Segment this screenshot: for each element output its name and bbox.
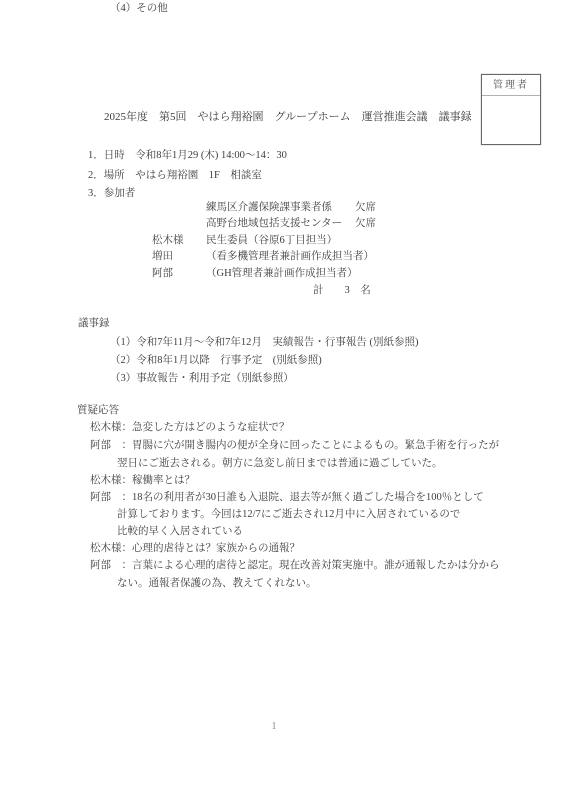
qa-line: 阿部 ：18名の利用者が30日誰も入退院、退去等が無く過ごした場合を100％とし… [90, 489, 484, 504]
participant-name: 阿部 [152, 265, 173, 280]
agenda-item: （2）令和8年1月以降 行事予定 (別紙参照) [110, 352, 322, 367]
participant-description: 高野台地域包括支援センター [206, 215, 342, 230]
participants-heading: 3．参加者 [88, 185, 135, 200]
qa-line: 阿部 ：言葉による心理的虐待と認定。現在改善対策実施中。誰が通報したかは分から [90, 557, 500, 572]
participant-description: （GH管理者兼計画作成担当者） [206, 265, 358, 280]
document-page: 管理者 2025年度 第5回 やはら翔裕園 グループホーム 運営推進会議 議事録… [0, 0, 565, 800]
qa-line: 松木様：稼働率とは？ [90, 472, 195, 487]
qa-line: 翌日にご逝去される。朝方に急変し前日までは普通に過ごしていた。 [117, 455, 443, 470]
meeting-location-line: 2．場所 やはら翔裕園 1F 相談室 [88, 167, 262, 182]
attendance-status: 欠席 [355, 199, 376, 214]
agenda-item: （3）事故報告・利用予定（別紙参照） [110, 370, 294, 385]
qa-line: 計算しております。今回は12/7にご逝去され12月中に入居されているので [117, 506, 460, 521]
participant-row: 練馬区介護保険課事業者係 欠席 [0, 199, 565, 214]
agenda-item: （4）その他 [110, 0, 168, 15]
participant-description: 練馬区介護保険課事業者係 [206, 199, 332, 214]
attendance-status: 欠席 [355, 215, 376, 230]
qa-line: ない。通報者保護の為、教えてくれない。 [117, 575, 317, 590]
stamp-box-label: 管理者 [482, 75, 540, 96]
qa-line: 比較的早く入居されている [117, 523, 243, 538]
participant-total: 計 3 名 [313, 282, 371, 297]
agenda-item: （1）令和7年11月～令和7年12月 実績報告・行事報告 (別紙参照) [110, 334, 418, 349]
qa-heading: 質疑応答 [77, 402, 119, 417]
manager-stamp-box: 管理者 [481, 74, 541, 145]
qa-line: 松木様：急変した方はどのような症状で？ [90, 419, 290, 434]
document-title: 2025年度 第5回 やはら翔裕園 グループホーム 運営推進会議 議事録 [104, 108, 472, 124]
participant-row: 増田 （看多機管理者兼計画作成担当者） [0, 248, 565, 263]
participant-name: 松木様 [152, 232, 184, 247]
participant-row: 阿部 （GH管理者兼計画作成担当者） [0, 265, 565, 280]
meeting-datetime-line: 1．日時 令和8年1月29 (木) 14:00～14：30 [88, 147, 287, 162]
minutes-label: 議事録 [78, 315, 110, 330]
participant-description: （看多機管理者兼計画作成担当者） [206, 248, 374, 263]
participant-description: 民生委員（谷原6丁目担当） [206, 232, 337, 247]
qa-line: 松木様：心理的虐待とは？家族からの通報？ [90, 540, 300, 555]
participant-row: 高野台地域包括支援センター 欠席 [0, 215, 565, 230]
participant-row: 松木様 民生委員（谷原6丁目担当） [0, 232, 565, 247]
page-number: 1 [0, 721, 548, 732]
participant-name: 増田 [152, 248, 173, 263]
qa-line: 阿部 ：胃腸に穴が開き腸内の便が全身に回ったことによるもの。緊急手術を行ったが [90, 437, 499, 452]
